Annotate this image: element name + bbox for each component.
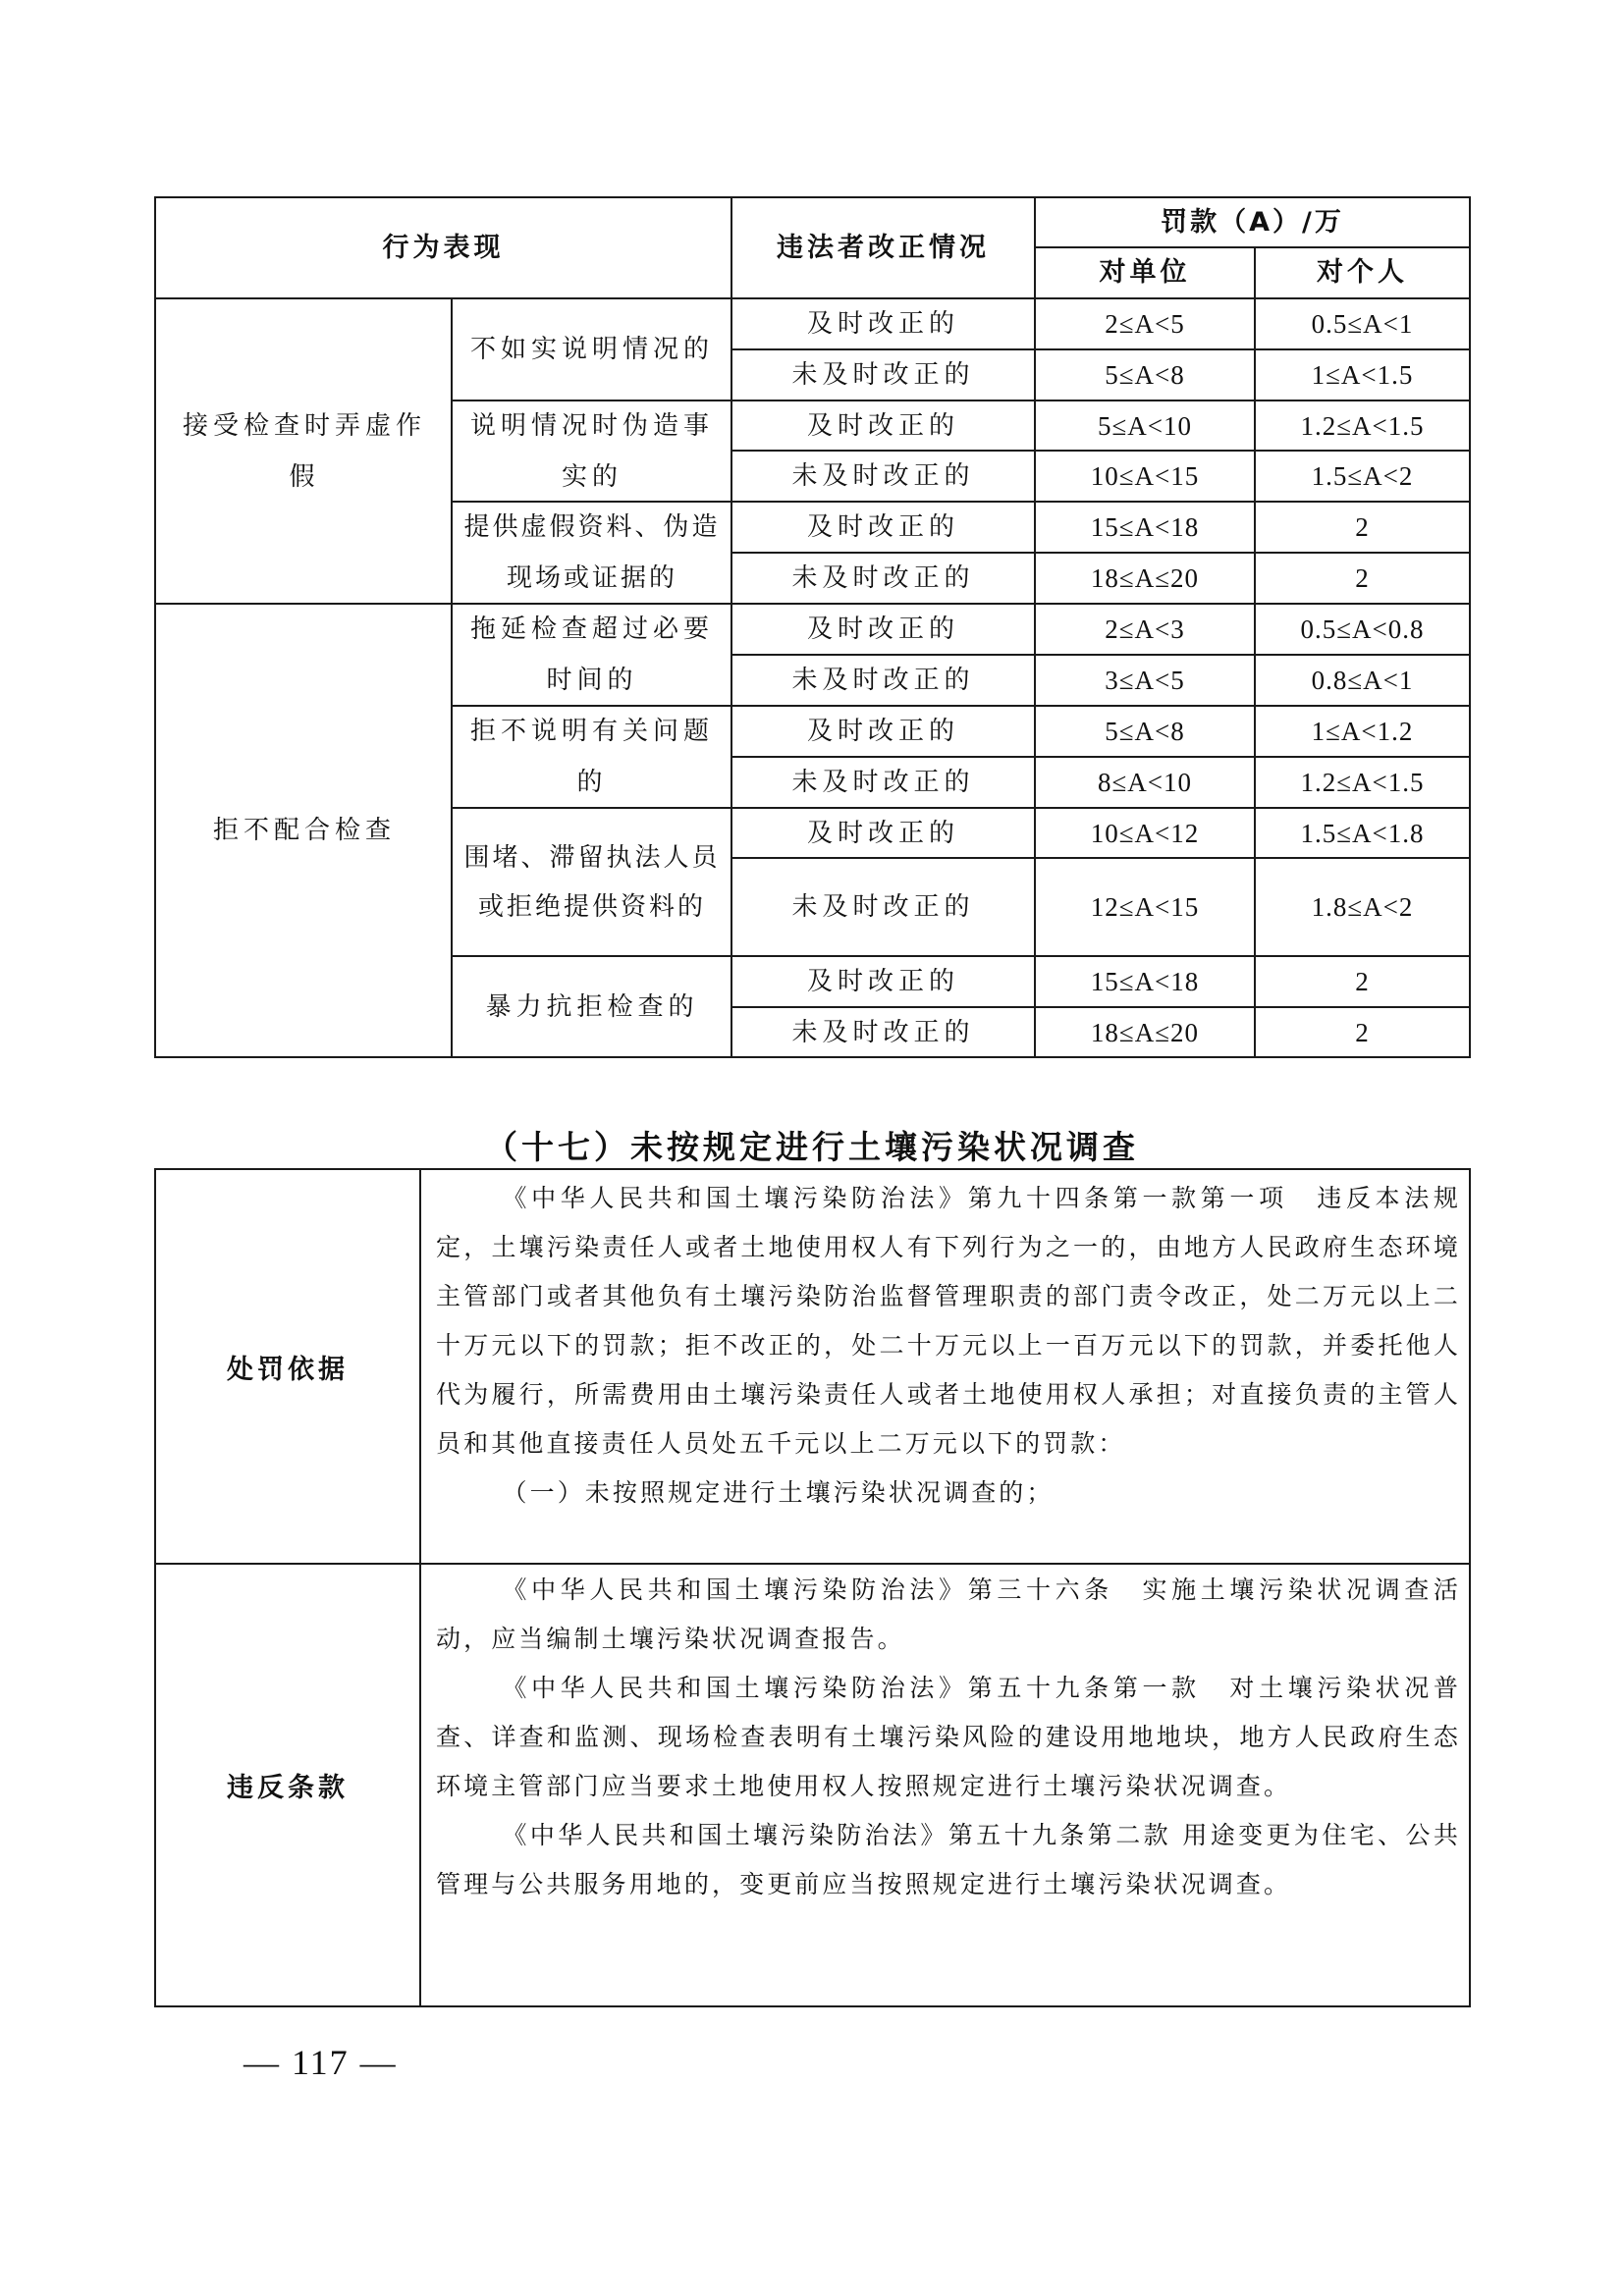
behavior-cell: 说明情况时伪造事实的 [458, 401, 727, 501]
behavior-cell: 拖延检查超过必要时间的 [458, 605, 727, 705]
individual-fine-cell: 2 [1256, 1008, 1469, 1056]
table-border-right [1469, 196, 1471, 1058]
correction-cell: 及时改正的 [732, 605, 1034, 654]
paragraph: 《中华人民共和国土壤污染防治法》第五十九条第一款 对土壤污染状况普查、详查和监测… [436, 1664, 1461, 1811]
category-cell: 接受检查时弄虚作假 [162, 299, 447, 603]
behavior-cell: 提供虚假资料、伪造现场或证据的 [455, 503, 730, 603]
correction-cell: 及时改正的 [732, 503, 1034, 552]
correction-cell: 未及时改正的 [732, 1008, 1034, 1056]
unit-fine-cell: 15≤A<18 [1036, 503, 1254, 552]
individual-fine-cell: 2 [1256, 957, 1469, 1006]
row-label-violated-clauses: 违反条款 [155, 1565, 420, 2005]
unit-fine-cell: 18≤A≤20 [1036, 554, 1254, 603]
individual-fine-cell: 1.8≤A<2 [1256, 859, 1469, 955]
header-to-individual: 对个人 [1256, 248, 1469, 297]
behavior-cell: 不如实说明情况的 [458, 299, 727, 400]
paragraph: 《中华人民共和国土壤污染防治法》第五十九条第二款 用途变更为住宅、公共管理与公共… [436, 1811, 1461, 1909]
category-cell: 拒不配合检查 [162, 605, 447, 1056]
paragraph: 《中华人民共和国土壤污染防治法》第三十六条 实施土壤污染状况调查活动，应当编制土… [436, 1566, 1461, 1664]
individual-fine-cell: 0.5≤A<0.8 [1256, 605, 1469, 654]
violated-clauses-text: 《中华人民共和国土壤污染防治法》第三十六条 实施土壤污染状况调查活动，应当编制土… [436, 1566, 1461, 1909]
correction-cell: 未及时改正的 [732, 350, 1034, 400]
unit-fine-cell: 12≤A<15 [1036, 859, 1254, 955]
individual-fine-cell: 1.5≤A<1.8 [1256, 809, 1469, 857]
table-border-bottom [154, 2005, 1471, 2007]
section-title: （十七）未按规定进行土壤污染状况调查 [0, 1122, 1624, 1168]
paragraph: （一）未按照规定进行土壤污染状况调查的； [436, 1468, 1461, 1518]
behavior-cell: 暴力抗拒检查的 [458, 957, 727, 1056]
unit-fine-cell: 15≤A<18 [1036, 957, 1254, 1006]
individual-fine-cell: 1.2≤A<1.5 [1256, 758, 1469, 807]
penalty-basis-text: 《中华人民共和国土壤污染防治法》第九十四条第一款第一项 违反本法规定，土壤污染责… [436, 1174, 1461, 1518]
table-border-left [154, 196, 156, 1058]
correction-cell: 及时改正的 [732, 957, 1034, 1006]
unit-fine-cell: 3≤A<5 [1036, 656, 1254, 705]
row-label-penalty-basis: 处罚依据 [155, 1170, 420, 1563]
correction-cell: 及时改正的 [732, 299, 1034, 348]
behavior-cell: 拒不说明有关问题的 [458, 707, 727, 807]
unit-fine-cell: 2≤A<5 [1036, 299, 1254, 348]
behavior-cell: 围堵、滞留执法人员或拒绝提供资料的 [455, 809, 730, 955]
header-fine: 罚款（A）/万 [1036, 198, 1469, 246]
unit-fine-cell: 5≤A<10 [1036, 401, 1254, 450]
individual-fine-cell: 2 [1256, 554, 1469, 603]
correction-cell: 未及时改正的 [732, 758, 1034, 807]
correction-cell: 未及时改正的 [732, 859, 1034, 955]
unit-fine-cell: 10≤A<15 [1036, 452, 1254, 501]
page-number: — 117 — [244, 2042, 398, 2083]
header-correction: 违法者改正情况 [732, 198, 1034, 297]
divider [451, 297, 453, 1058]
correction-cell: 及时改正的 [732, 809, 1034, 857]
correction-cell: 未及时改正的 [732, 554, 1034, 603]
individual-fine-cell: 0.8≤A<1 [1256, 656, 1469, 705]
individual-fine-cell: 1≤A<1.2 [1256, 707, 1469, 756]
table-border-right [1469, 1168, 1471, 2007]
unit-fine-cell: 5≤A<8 [1036, 350, 1254, 400]
correction-cell: 及时改正的 [732, 401, 1034, 450]
individual-fine-cell: 1.2≤A<1.5 [1256, 401, 1469, 450]
individual-fine-cell: 0.5≤A<1 [1256, 299, 1469, 348]
correction-cell: 未及时改正的 [732, 452, 1034, 501]
unit-fine-cell: 10≤A<12 [1036, 809, 1254, 857]
header-to-unit: 对单位 [1036, 248, 1254, 297]
unit-fine-cell: 8≤A<10 [1036, 758, 1254, 807]
individual-fine-cell: 1.5≤A<2 [1256, 452, 1469, 501]
correction-cell: 未及时改正的 [732, 656, 1034, 705]
unit-fine-cell: 18≤A≤20 [1036, 1008, 1254, 1056]
unit-fine-cell: 5≤A<8 [1036, 707, 1254, 756]
individual-fine-cell: 1≤A<1.5 [1256, 350, 1469, 400]
unit-fine-cell: 2≤A<3 [1036, 605, 1254, 654]
paragraph: 《中华人民共和国土壤污染防治法》第九十四条第一款第一项 违反本法规定，土壤污染责… [436, 1174, 1461, 1468]
header-behavior: 行为表现 [156, 198, 731, 297]
individual-fine-cell: 2 [1256, 503, 1469, 552]
correction-cell: 及时改正的 [732, 707, 1034, 756]
